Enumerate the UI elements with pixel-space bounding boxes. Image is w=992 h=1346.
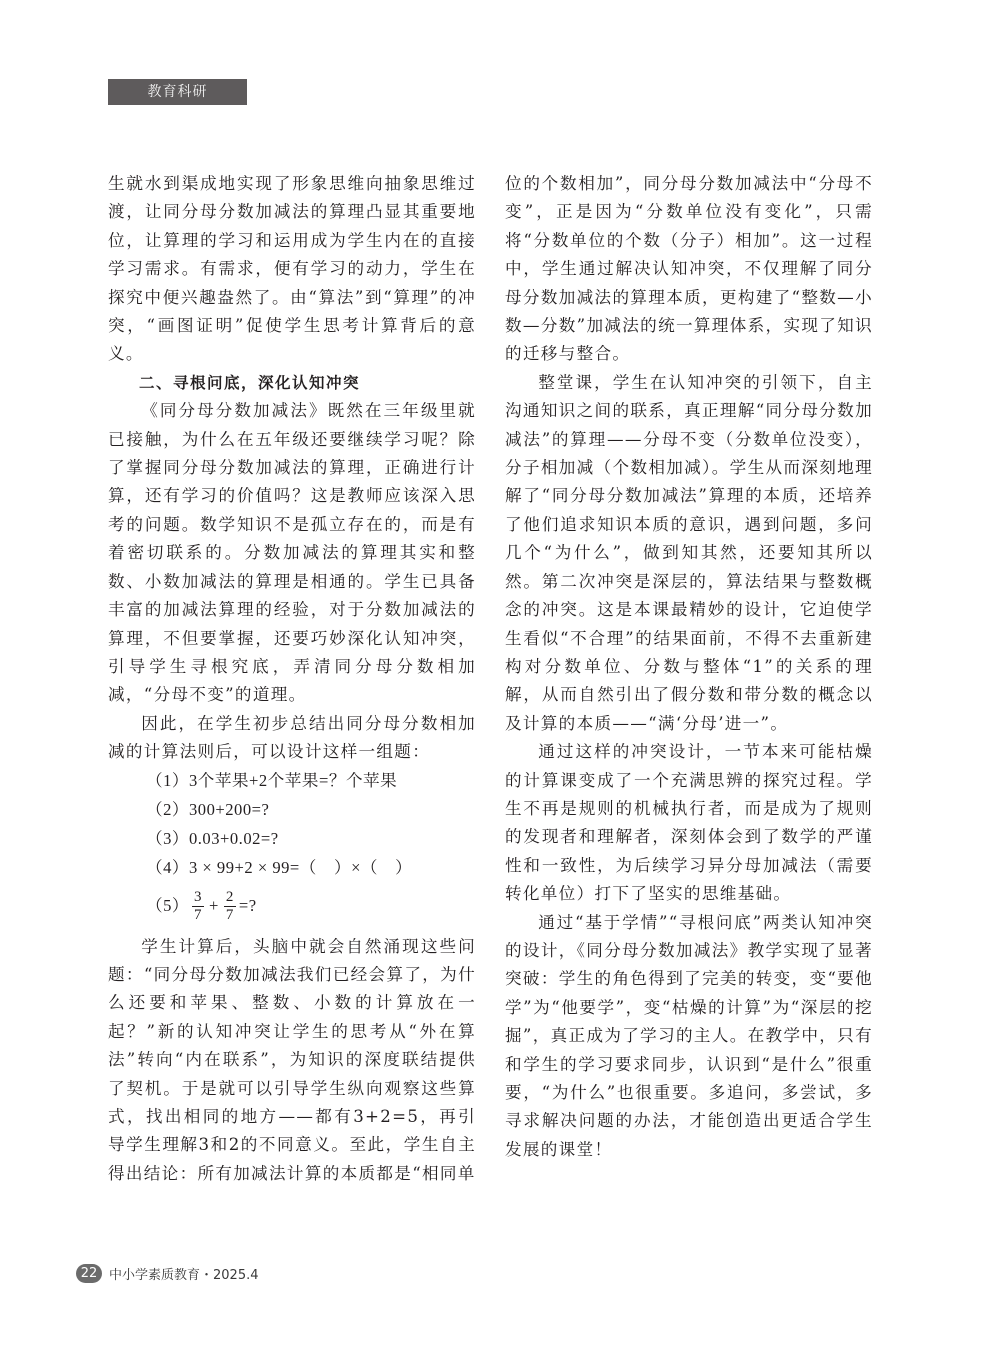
paragraph: 因此，在学生初步总结出同分母分数相加减的计算法则后，可以设计这样一组题： <box>108 710 476 767</box>
paragraph: 通过这样的冲突设计，一节本来可能枯燥的计算课变成了一个充满思辨的探究过程。学生不… <box>505 738 873 908</box>
paragraph: 整堂课，学生在认知冲突的引领下，自主沟通知识之间的联系，真正理解“同分母分数加减… <box>505 369 873 738</box>
section-tag: 教育科研 <box>108 79 247 105</box>
question-item: （2）300+200=? <box>108 796 476 825</box>
plus-operator: + <box>209 892 219 920</box>
page-footer: 22 中小学素质教育・2025.4 <box>76 1264 259 1283</box>
fraction-denominator: 7 <box>194 907 202 924</box>
question-label: （5） <box>146 892 189 920</box>
question-item: （4）3 × 99+2 × 99=（ ）×（ ） <box>108 854 476 883</box>
paragraph: 生就水到渠成地实现了形象思维向抽象思维过渡，让同分母分数加减法的算理凸显其重要地… <box>108 170 476 369</box>
question-item: （3）0.03+0.02=? <box>108 825 476 854</box>
section-heading: 二、寻根问底，深化认知冲突 <box>108 369 476 397</box>
journal-name: 中小学素质教育・2025.4 <box>109 1264 259 1283</box>
fraction: 2 7 <box>224 889 236 924</box>
fraction: 3 7 <box>192 889 204 924</box>
paragraph: 学生计算后，头脑中就会自然涌现这些问题：“同分母分数加减法我们已经会算了，为什么… <box>108 933 476 1189</box>
fraction-numerator: 2 <box>224 889 236 907</box>
paragraph: 《同分母分数加减法》既然在三年级里就已接触，为什么在五年级还要继续学习呢？除了掌… <box>108 397 476 709</box>
left-column: 生就水到渠成地实现了形象思维向抽象思维过渡，让同分母分数加减法的算理凸显其重要地… <box>108 170 476 1188</box>
paragraph: 通过“基于学情”“寻根问底”两类认知冲突的设计，《同分母分数加减法》教学实现了显… <box>505 909 873 1165</box>
page-number-badge: 22 <box>76 1264 102 1283</box>
fraction-numerator: 3 <box>192 889 204 907</box>
question-item-fraction: （5） 3 7 + 2 7 =? <box>108 887 476 927</box>
right-column: 位的个数相加”，同分母分数加减法中“分母不变”，正是因为“分数单位没有变化”，只… <box>505 170 873 1164</box>
question-item: （1）3个苹果+2个苹果=？个苹果 <box>108 767 476 796</box>
fraction-denominator: 7 <box>226 907 234 924</box>
equals-question: =? <box>239 892 257 920</box>
paragraph: 位的个数相加”，同分母分数加减法中“分母不变”，正是因为“分数单位没有变化”，只… <box>505 170 873 369</box>
